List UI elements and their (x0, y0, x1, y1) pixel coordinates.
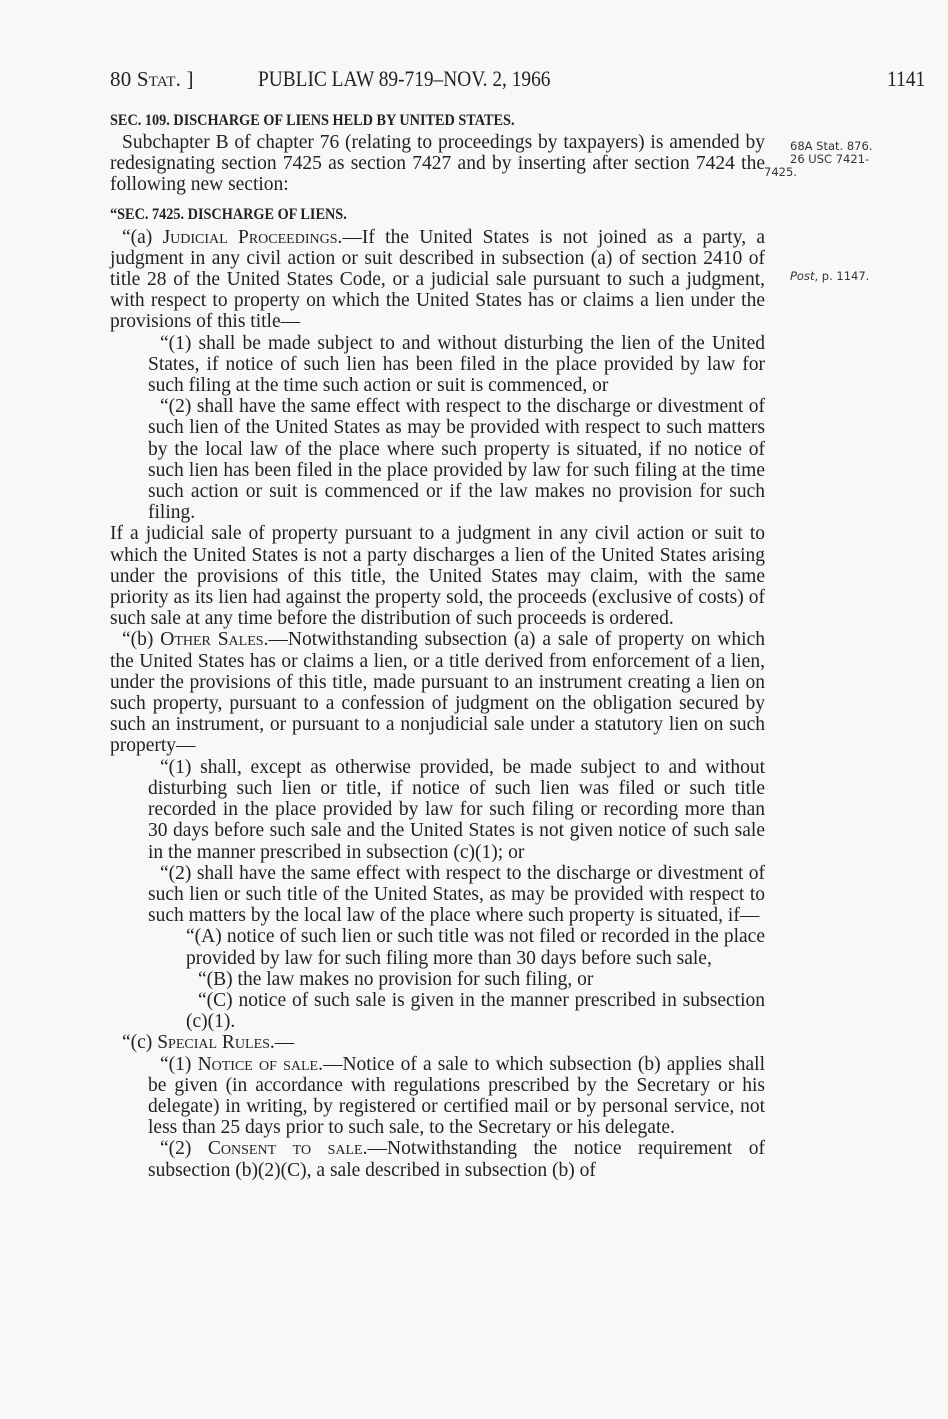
subsection-b-title: Other Sales. (160, 629, 268, 650)
running-head: 80 Stat. ] PUBLIC LAW 89-719–NOV. 2, 196… (110, 64, 925, 94)
subsection-c-paragraph-1: “(1) Notice of sale.—Notice of a sale to… (110, 1054, 765, 1139)
consent-to-sale-title: Consent to sale. (208, 1138, 368, 1159)
section-109-intro: Subchapter B of chapter 76 (relating to … (110, 132, 765, 196)
margin-note-post-ref: Post, p. 1147. (790, 270, 869, 283)
subsection-b-subparagraph-b: “(B) the law makes no provision for such… (110, 969, 765, 990)
subsection-c: “(c) Special Rules.— (110, 1032, 765, 1053)
notice-of-sale-title: Notice of sale. (198, 1054, 323, 1075)
subsection-b-subparagraph-c: “(C) notice of such sale is given in the… (110, 990, 765, 1032)
subsection-b-paragraph-1: “(1) shall, except as otherwise provided… (110, 757, 765, 863)
statute-volume: 80 Stat. ] (110, 64, 194, 94)
margin-note-statute-ref: 68A Stat. 876. 26 USC 7421- (790, 140, 872, 166)
document-page: 80 Stat. ] PUBLIC LAW 89-719–NOV. 2, 196… (0, 0, 948, 1419)
subsection-a: “(a) Judicial Proceedings.—If the United… (110, 227, 765, 333)
section-7425-heading: “SEC. 7425. DISCHARGE OF LIENS. (110, 204, 713, 225)
margin-note-usc-ref: 7425. (764, 166, 797, 179)
subsection-b-paragraph-2: “(2) shall have the same effect with res… (110, 863, 765, 927)
subsection-a-paragraph-1: “(1) shall be made subject to and withou… (110, 333, 765, 397)
subsection-a-paragraph-2: “(2) shall have the same effect with res… (110, 396, 765, 523)
subsection-a-closing: If a judicial sale of property pursuant … (110, 523, 765, 629)
section-109-heading: SEC. 109. DISCHARGE OF LIENS HELD BY UNI… (110, 110, 713, 131)
subsection-c-paragraph-2: “(2) Consent to sale.—Notwithstanding th… (110, 1138, 765, 1180)
statute-body: SEC. 109. DISCHARGE OF LIENS HELD BY UNI… (110, 110, 765, 1181)
subsection-b: “(b) Other Sales.—Notwithstanding subsec… (110, 629, 765, 756)
page-number: 1141 (887, 64, 925, 94)
subsection-c-title: Special Rules. (157, 1032, 275, 1053)
subsection-a-title: Judicial Proceedings. (163, 227, 343, 248)
public-law-citation: PUBLIC LAW 89-719–NOV. 2, 1966 (258, 64, 550, 94)
subsection-b-subparagraph-a: “(A) notice of such lien or such title w… (110, 926, 765, 968)
